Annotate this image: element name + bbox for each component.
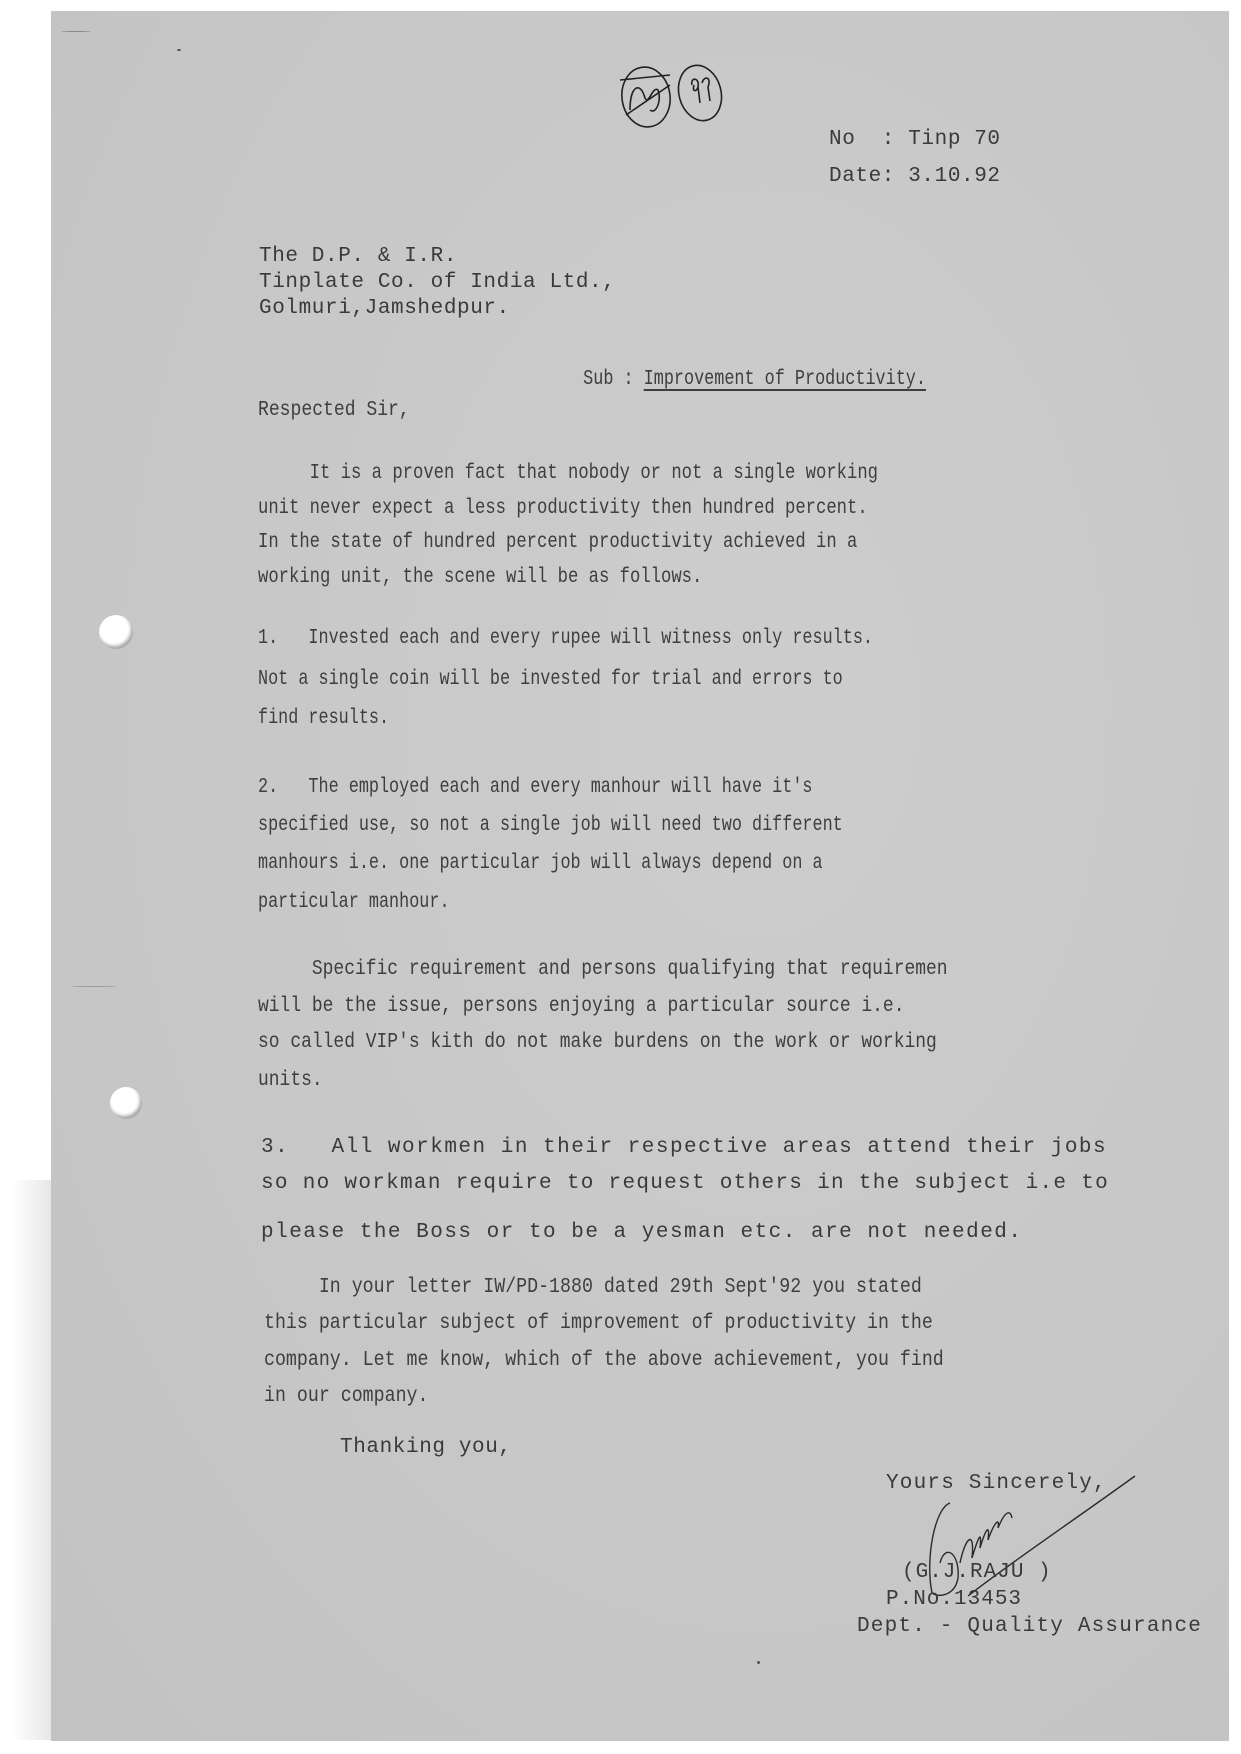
intro-line-3: In the state of hundred percent producti… — [258, 531, 857, 554]
closing-para-line-4: in our company. — [264, 1385, 428, 1408]
addressee-line-1: The D.P. & I.R. — [259, 245, 457, 268]
point1-line-3: find results. — [258, 707, 389, 730]
signatory-name: (G.J.RAJU ) — [902, 1561, 1052, 1584]
punch-hole-bottom — [110, 1087, 142, 1119]
scan-speck — [71, 986, 116, 987]
intro-line-4: working unit, the scene will be as follo… — [258, 566, 702, 589]
point3-line-2: so no workman require to request others … — [261, 1172, 1109, 1195]
point1-line-2: Not a single coin will be invested for t… — [258, 668, 843, 691]
point3-line-1: 3. All workmen in their respective areas… — [261, 1136, 1107, 1159]
point3-line-3: please the Boss or to be a yesman etc. a… — [261, 1221, 1023, 1244]
intro-line-2: unit never expect a less productivity th… — [258, 497, 868, 520]
subject-text: Improvement of Productivity. — [644, 368, 926, 391]
point2-line-1: 2. The employed each and every manhour w… — [258, 776, 813, 799]
subject-label: Sub : — [583, 368, 644, 391]
signatory-department: Dept. - Quality Assurance — [857, 1615, 1202, 1638]
closing-para-line-1: In your letter IW/PD-1880 dated 29th Sep… — [264, 1276, 922, 1299]
specific-line-3: so called VIP's kith do not make burdens… — [258, 1031, 937, 1054]
specific-line-1: Specific requirement and persons qualify… — [258, 958, 948, 981]
closing-para-line-3: company. Let me know, which of the above… — [264, 1349, 944, 1372]
point2-line-2: specified use, so not a single job will … — [258, 814, 843, 837]
addressee-line-2: Tinplate Co. of India Ltd., — [259, 271, 615, 294]
handwritten-circle-marks — [600, 55, 730, 145]
signatory-personal-number: P.No.13453 — [886, 1588, 1022, 1611]
point2-line-4: particular manhour. — [258, 891, 450, 914]
point1-line-1: 1. Invested each and every rupee will wi… — [258, 627, 873, 650]
closing-para-line-2: this particular subject of improvement o… — [264, 1312, 933, 1335]
point2-line-3: manhours i.e. one particular job will al… — [258, 852, 823, 875]
scan-speck — [177, 49, 181, 51]
subject-line: Sub : Improvement of Productivity. — [563, 345, 926, 391]
reference-number: No : Tinp 70 — [829, 128, 1001, 151]
specific-line-2: will be the issue, persons enjoying a pa… — [258, 995, 904, 1018]
letter-date: Date: 3.10.92 — [829, 165, 1001, 188]
scan-speck — [757, 1661, 760, 1664]
addressee-line-3: Golmuri,Jamshedpur. — [259, 297, 510, 320]
salutation: Respected Sir, — [258, 399, 410, 422]
scan-edge-strip — [11, 1180, 51, 1740]
specific-line-4: units. — [258, 1069, 323, 1092]
scan-speck — [61, 31, 91, 32]
punch-hole-top — [99, 615, 133, 649]
intro-line-1: It is a proven fact that nobody or not a… — [258, 462, 878, 485]
thanking-you: Thanking you, — [340, 1436, 512, 1459]
